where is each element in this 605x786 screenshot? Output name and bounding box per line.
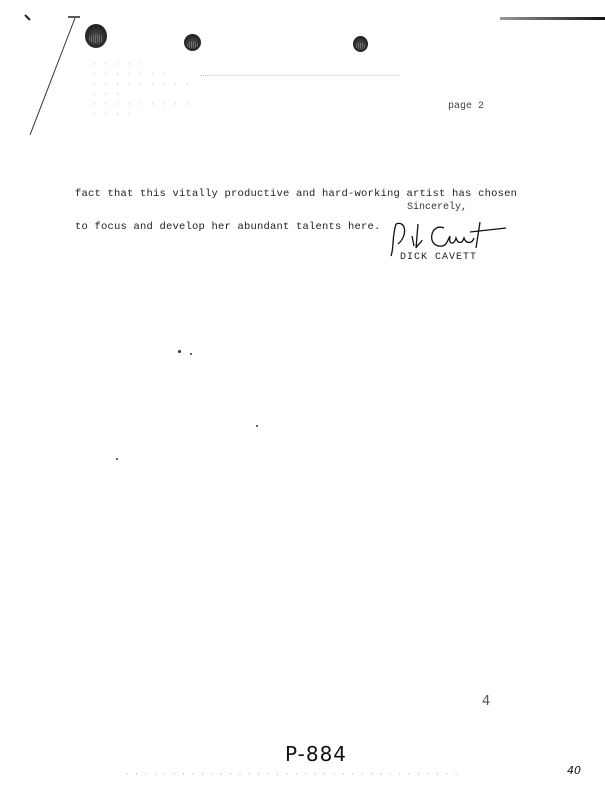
handwritten-margin-note: 4 — [482, 694, 490, 709]
scan-speck — [178, 350, 181, 353]
punch-hole-center — [184, 34, 201, 51]
letterhead-line: · · · · · — [92, 60, 191, 70]
handwritten-corner-note: 40 — [567, 764, 581, 777]
letterhead-line: · · · — [92, 90, 191, 100]
punch-hole-right — [353, 36, 368, 52]
faded-letterhead: · · · · · · · · · · · · · · · · · · · · … — [92, 60, 191, 120]
punch-hole-left — [85, 24, 107, 48]
scan-edge-mark — [500, 17, 605, 20]
letterhead-line: · · · · · · · · · — [92, 100, 191, 110]
closing: Sincerely, — [407, 202, 467, 213]
body-line: fact that this vitally productive and ha… — [75, 189, 517, 200]
letterhead-line: · · · · — [92, 110, 191, 120]
scan-speck — [190, 353, 192, 355]
letterhead-line: · · · · · · · — [92, 70, 191, 80]
faded-rule — [200, 75, 400, 76]
signature-name: DICK CAVETT — [400, 252, 477, 263]
scan-speck — [256, 425, 258, 427]
page-label: page 2 — [448, 101, 484, 112]
letterhead-line: · · · · · · · · · — [92, 80, 191, 90]
faded-footer: · · · · · · · · · · · · · · · · · · · · … — [125, 771, 459, 779]
margin-scratch-marks — [0, 0, 100, 150]
handwritten-page-code: P-884 — [285, 742, 347, 766]
scan-speck — [116, 458, 118, 460]
